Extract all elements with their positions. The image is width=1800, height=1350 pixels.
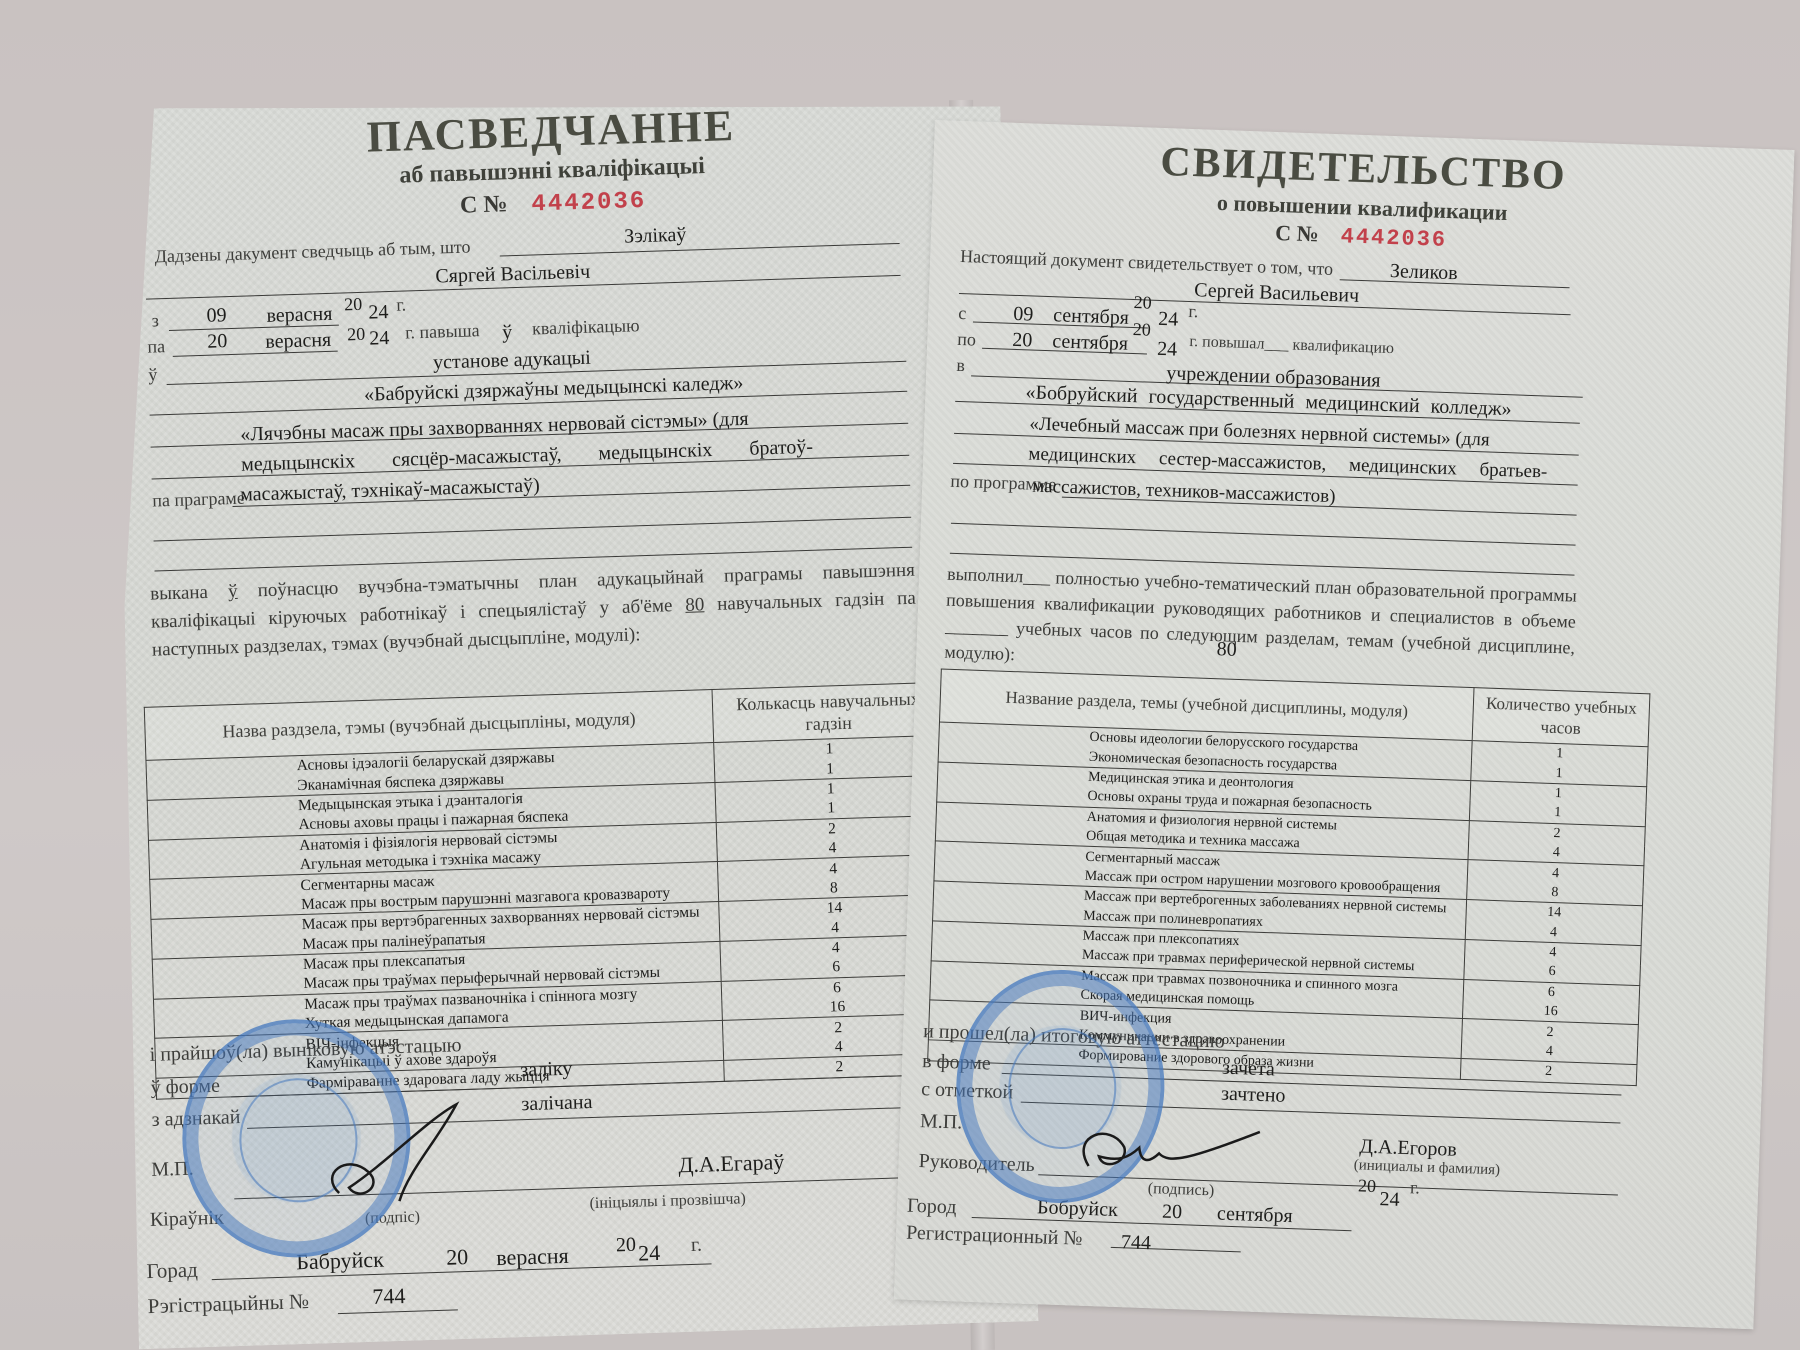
serial-label: С № <box>1275 220 1319 247</box>
from-year-label: г. <box>1188 301 1199 322</box>
from-year-prefix: 20 <box>344 294 363 316</box>
grade-value: залічана <box>521 1091 593 1116</box>
surname-value: Зеликов <box>1390 260 1458 285</box>
reg-number: 744 <box>1121 1231 1152 1255</box>
program-text-3: масажыстаў, тэхнікаў-масажыстаў) <box>240 474 540 506</box>
reg-label: Регистрационный № <box>906 1222 1083 1251</box>
serial-label: С № <box>460 191 508 218</box>
hours-header: Колькасць навучальных гадзін <box>712 682 945 742</box>
to-day: 20 <box>1012 329 1033 353</box>
issue-year-label: г. <box>691 1234 703 1257</box>
to-day: 20 <box>207 330 228 354</box>
serial-number: 4442036 <box>531 188 647 219</box>
surname-value: Зэлікаў <box>624 224 687 249</box>
hours-header: Количество учебных часов <box>1472 688 1650 747</box>
program-line-4 <box>951 523 1576 546</box>
issue-month: верасня <box>496 1243 569 1271</box>
completed-fill: ў <box>228 581 238 602</box>
improved-label: г. повышал___ квалификацию <box>1189 333 1394 358</box>
hours-total: 80 <box>685 594 705 616</box>
completed-paragraph: выполнил___ полностью учебно-тематически… <box>944 561 1577 687</box>
to-year-prefix: 20 <box>1132 319 1151 341</box>
city-label: Город <box>907 1195 957 1220</box>
certificate-page-russian: СВИДЕТЕЛЬСТВО о повышении квалификации С… <box>894 120 1795 1329</box>
completed-paragraph: выкана ў поўнасцю вучэбна-тэматычны план… <box>150 557 917 665</box>
from-day: 09 <box>206 304 227 328</box>
from-day: 09 <box>1013 303 1034 327</box>
form-value: заліку <box>520 1058 573 1083</box>
issue-month: сентября <box>1217 1203 1294 1229</box>
to-label: по <box>957 329 976 351</box>
seal-label: М.П. <box>920 1110 963 1134</box>
issue-year-prefix: 20 <box>616 1234 637 1258</box>
in-label: в <box>956 355 965 376</box>
from-year-prefix: 20 <box>1133 292 1152 314</box>
issue-day: 20 <box>446 1244 469 1271</box>
issue-year-suffix: 24 <box>638 1240 661 1267</box>
improved-fill: ў <box>502 321 513 344</box>
from-label: з <box>151 310 159 331</box>
to-year-suffix: 24 <box>1157 338 1178 362</box>
from-month: верасня <box>266 303 333 328</box>
from-month: сентября <box>1053 304 1130 330</box>
reg-number: 744 <box>372 1283 406 1310</box>
program-text-3: массажистов, техников-массажистов) <box>1032 476 1336 509</box>
program-line-4 <box>154 517 912 542</box>
name-caption: (ініцыялы і прозвішча) <box>589 1190 746 1213</box>
serial-number: 4442036 <box>1340 224 1447 253</box>
completed-label: выкана <box>150 582 208 605</box>
issue-year-prefix: 20 <box>1358 1175 1377 1197</box>
head-name: Д.А.Егараў <box>678 1149 785 1178</box>
from-year-suffix: 24 <box>368 301 389 325</box>
program-label: па праграме <box>152 488 245 512</box>
issue-year-suffix: 24 <box>1379 1188 1400 1212</box>
given-names-value: Сяргей Васільевіч <box>435 261 590 289</box>
intro-label: Дадзены дакумент сведчыць аб тым, што <box>154 236 471 267</box>
qualification-label: кваліфікацыю <box>532 315 640 339</box>
to-year-suffix: 24 <box>369 327 390 351</box>
signature-mark <box>1068 1115 1270 1192</box>
reg-line <box>338 1309 458 1314</box>
signature-mark <box>306 1099 479 1214</box>
to-month: верасня <box>265 329 332 354</box>
in-label: ў <box>148 364 158 385</box>
intro-label: Настоящий документ свидетельствует о том… <box>960 246 1334 280</box>
issue-year-label: г. <box>1410 1177 1421 1198</box>
to-year-prefix: 20 <box>347 324 366 346</box>
hours-total: 80 <box>1216 638 1237 662</box>
from-year-label: г. <box>396 294 407 315</box>
from-label: с <box>958 303 967 324</box>
form-value: зачета <box>1222 1057 1276 1082</box>
reg-label: Рэгістрацыйны № <box>147 1289 309 1319</box>
given-names-value: Сергей Васильевич <box>1194 279 1360 308</box>
issue-day: 20 <box>1162 1201 1183 1225</box>
to-month: сентября <box>1052 330 1129 356</box>
to-label: па <box>147 336 165 358</box>
from-year-suffix: 24 <box>1158 308 1179 332</box>
grade-value: зачтено <box>1221 1083 1286 1108</box>
improved-label: г. павыша <box>405 320 480 343</box>
city-label: Горад <box>146 1258 198 1285</box>
surname-line <box>500 243 900 257</box>
